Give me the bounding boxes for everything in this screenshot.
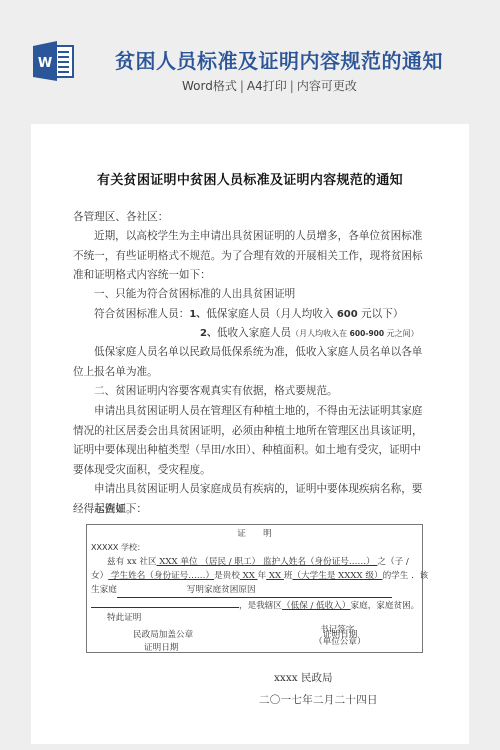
certificate-line-1: 兹有 xx 社区 XXX 单位 （居民 / 职工） 监护人姓名（身份证号……） …	[107, 555, 409, 569]
word-icon: W	[31, 40, 77, 82]
certificate-date-left: 证明日期	[144, 641, 178, 653]
paragraph-intro: 近期，以高校学生为主申请出具贫困证明的人员增多，各单位贫困标准不统一，有些证明格…	[73, 227, 429, 286]
banner-title: 贫困人员标准及证明内容规范的通知	[115, 45, 435, 74]
certify-text: 特此证明	[107, 611, 141, 625]
format-label: Word格式	[182, 79, 237, 93]
svg-text:W: W	[38, 56, 52, 71]
salutation: 各管理区、各社区：	[73, 208, 429, 228]
example-label: 示例如下：	[73, 500, 429, 520]
issuing-organization: xxxx 民政局	[274, 670, 333, 685]
certificate-line-3: 生家庭写明家庭贫困原因	[91, 583, 392, 598]
paragraph-land: 申请出具贫困证明人员在管理区有种植土地的，不得由无法证明其家庭情况的社区居委会出…	[73, 402, 429, 480]
print-label: A4打印	[247, 79, 287, 93]
editable-label: 内容可更改	[297, 79, 357, 93]
separator: |	[240, 79, 244, 93]
issue-date: 二〇一七年二月二十四日	[259, 692, 378, 707]
document-title: 有关贫困证明中贫困人员标准及证明内容规范的通知	[31, 169, 469, 188]
banner-subtitle: Word格式|A4打印|内容可更改	[182, 77, 357, 94]
separator: |	[290, 79, 294, 93]
document-page: 有关贫困证明中贫困人员标准及证明内容规范的通知 各管理区、各社区： 近期，以高校…	[31, 124, 469, 744]
banner-header: W 贫困人员标准及证明内容规范的通知 Word格式|A4打印|内容可更改	[0, 0, 500, 110]
standard-item-2: 2、低收入家庭人员（月人均收入在 600-900 元之间）	[200, 324, 440, 344]
standard-item-1: 符合贫困标准人员：1、低保家庭人员（月人均收入 600 元以下）	[73, 305, 429, 325]
certificate-addressee: XXXXX 学校：	[91, 541, 145, 555]
certificate-date-right: 证明日期	[323, 628, 357, 640]
certificate-heading: 证 明	[87, 527, 422, 541]
section-heading-2: 二、贫困证明内容要客观真实有依据，格式要规范。	[73, 382, 429, 402]
certificate-line-2: 女） 学生姓名（身份证号……）是贵校 XX 年 XX 班（大学生是 XXXX 级…	[91, 569, 428, 583]
civil-affairs-seal: 民政局加盖公章	[133, 628, 193, 640]
section-heading-1: 一、只能为符合贫困标准的人出具贫困证明	[73, 285, 429, 305]
paragraph-list-source: 低保家庭人员名单以民政局低保系统为准，低收入家庭人员名单以各单位上报名单为准。	[73, 343, 429, 382]
